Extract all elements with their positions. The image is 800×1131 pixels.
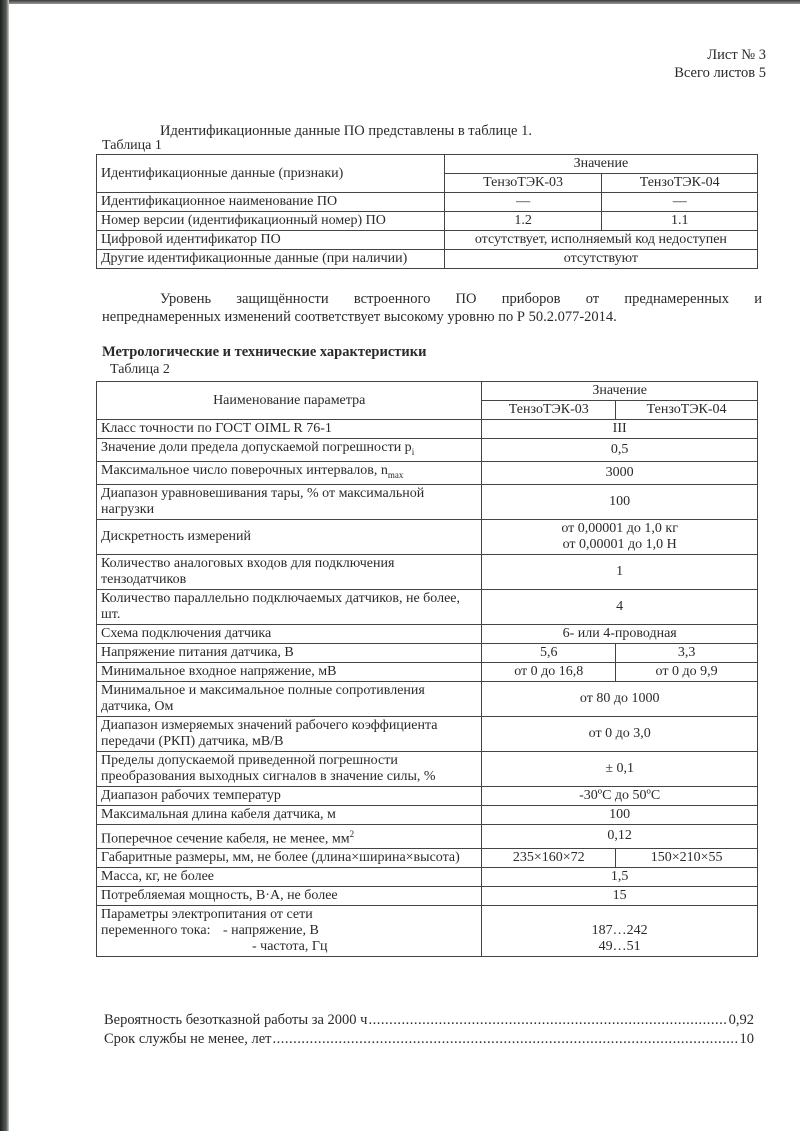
row-value-col1: от 0 до 16,8 xyxy=(482,662,616,681)
row-param-text: Диапазон уравновешивания тары, % от макс… xyxy=(101,486,424,517)
table-row: Диапазон уравновешивания тары, % от макс… xyxy=(97,484,758,519)
row-value-col2: 150×210×55 xyxy=(616,849,758,868)
row-param: Поперечное сечение кабеля, не менее, мм2 xyxy=(97,824,482,849)
power-frequency-label: - частота, Гц xyxy=(101,939,477,955)
row-param: Дискретность измерений xyxy=(97,519,482,554)
row-param: Диапазон уравновешивания тары, % от макс… xyxy=(97,484,482,519)
row-param: Количество аналоговых входов для подключ… xyxy=(97,554,482,589)
t2-body: Класс точности по ГОСТ OIML R 76-1IIIЗна… xyxy=(97,420,758,906)
row-value-merged: от 0 до 3,0 xyxy=(482,716,758,751)
t2-header-col1: ТензоТЭК-03 xyxy=(482,401,616,420)
row-param: Минимальное входное напряжение, мВ xyxy=(97,662,482,681)
protection-paragraph: Уровень защищённости встроенного ПО приб… xyxy=(102,290,762,326)
table2-caption: Таблица 2 xyxy=(110,362,170,378)
table-row: Минимальное входное напряжение, мВот 0 д… xyxy=(97,662,758,681)
table-row: Напряжение питания датчика, В5,63,3 xyxy=(97,643,758,662)
power-title-1: Параметры электропитания от сети xyxy=(101,907,477,923)
row-value-merged: -30ºС до 50ºС xyxy=(482,786,758,805)
t1-header-col1: ТензоТЭК-03 xyxy=(444,174,602,193)
row-value-merged: 0,12 xyxy=(482,824,758,849)
power-voltage-value: 187…242 xyxy=(486,923,753,939)
row-value-merged: 6- или 4-проводная xyxy=(482,624,758,643)
row-param-text: Напряжение питания датчика, В xyxy=(101,645,294,660)
power-title-2: переменного тока: xyxy=(101,923,223,939)
reliability-label: Вероятность безотказной работы за 2000 ч xyxy=(104,1011,367,1030)
power-param: Параметры электропитания от сети перемен… xyxy=(97,906,482,957)
table-row: Схема подключения датчика6- или 4-провод… xyxy=(97,624,758,643)
row-param: Количество параллельно подключаемых датч… xyxy=(97,589,482,624)
row-param-text: Потребляемая мощность, В·А, не более xyxy=(101,888,338,903)
row-param-superscript: 2 xyxy=(350,829,355,839)
intro-text: Идентификационные данные ПО представлены… xyxy=(160,123,532,140)
row-param-text: Диапазон измеряемых значений рабочего ко… xyxy=(101,718,438,749)
table-row: Поперечное сечение кабеля, не менее, мм2… xyxy=(97,824,758,849)
power-voltage-label: - напряжение, В xyxy=(223,923,319,939)
row-value-merged: 1 xyxy=(482,554,758,589)
table-row-power: Параметры электропитания от сети перемен… xyxy=(97,906,758,957)
row-value-merged: 4 xyxy=(482,589,758,624)
table-row: Диапазон измеряемых значений рабочего ко… xyxy=(97,716,758,751)
row-param: Номер версии (идентификационный номер) П… xyxy=(97,212,445,231)
row-param: Потребляемая мощность, В·А, не более xyxy=(97,887,482,906)
row-param: Напряжение питания датчика, В xyxy=(97,643,482,662)
row-param-text: Максимальное число поверочных интервалов… xyxy=(101,463,388,478)
row-param-text: Габаритные размеры, мм, не более (длина×… xyxy=(101,850,460,865)
row-param: Максимальное число поверочных интервалов… xyxy=(97,461,482,484)
table-specifications: Наименование параметра Значение ТензоТЭК… xyxy=(96,381,758,957)
row-param-subscript: i xyxy=(412,447,415,457)
row-param-text: Дискретность измерений xyxy=(101,529,251,544)
row-value-col2: от 0 до 9,9 xyxy=(616,662,758,681)
scan-border-left xyxy=(0,0,9,1131)
table-row: Количество аналоговых входов для подключ… xyxy=(97,554,758,589)
row-param-subscript: max xyxy=(388,470,404,480)
reliability-line: Вероятность безотказной работы за 2000 ч… xyxy=(104,1011,754,1030)
table-row: Цифровой идентификатор ПО отсутствует, и… xyxy=(97,231,758,250)
table-row: Минимальное и максимальное полные сопрот… xyxy=(97,681,758,716)
row-param: Габаритные размеры, мм, не более (длина×… xyxy=(97,849,482,868)
row-value-merged: отсутствуют xyxy=(444,250,757,269)
lifetime-line: Срок службы не менее, лет 10 xyxy=(104,1030,754,1049)
row-value-merged: 0,5 xyxy=(482,439,758,462)
row-param: Пределы допускаемой приведенной погрешно… xyxy=(97,751,482,786)
reliability-value: 0,92 xyxy=(729,1011,754,1030)
row-value-merged: от 80 до 1000 xyxy=(482,681,758,716)
row-value-merged: III xyxy=(482,420,758,439)
table-row: Потребляемая мощность, В·А, не более15 xyxy=(97,887,758,906)
row-value-col2: 1.1 xyxy=(602,212,758,231)
t2-header-param: Наименование параметра xyxy=(97,382,482,420)
row-value-merged: 3000 xyxy=(482,461,758,484)
row-value-line: от 0,00001 до 1,0 Н xyxy=(486,537,753,553)
row-param-text: Диапазон рабочих температур xyxy=(101,788,281,803)
row-param: Класс точности по ГОСТ OIML R 76-1 xyxy=(97,420,482,439)
table-row: Максимальное число поверочных интервалов… xyxy=(97,461,758,484)
row-value-merged: 1,5 xyxy=(482,868,758,887)
table-row: Масса, кг, не более1,5 xyxy=(97,868,758,887)
t1-header-col2: ТензоТЭК-04 xyxy=(602,174,758,193)
row-param: Диапазон измеряемых значений рабочего ко… xyxy=(97,716,482,751)
row-value-merged: 15 xyxy=(482,887,758,906)
row-param-text: Пределы допускаемой приведенной погрешно… xyxy=(101,753,436,784)
leader-dots xyxy=(368,1011,727,1030)
row-param: Масса, кг, не более xyxy=(97,868,482,887)
row-param-text: Масса, кг, не более xyxy=(101,869,214,884)
row-value-merged: от 0,00001 до 1,0 кгот 0,00001 до 1,0 Н xyxy=(482,519,758,554)
row-param-text: Поперечное сечение кабеля, не менее, мм xyxy=(101,831,350,846)
row-param-text: Минимальное и максимальное полные сопрот… xyxy=(101,683,425,714)
table-row: Количество параллельно подключаемых датч… xyxy=(97,589,758,624)
row-param: Диапазон рабочих температур xyxy=(97,786,482,805)
row-value-merged: 100 xyxy=(482,805,758,824)
row-value-col1: 235×160×72 xyxy=(482,849,616,868)
row-param: Значение доли предела допускаемой погреш… xyxy=(97,439,482,462)
table-row: Диапазон рабочих температур-30ºС до 50ºС xyxy=(97,786,758,805)
sheet-total-line: Всего листов 5 xyxy=(674,64,766,82)
scan-border-top xyxy=(0,0,800,4)
lifetime-value: 10 xyxy=(740,1030,755,1049)
row-param-text: Схема подключения датчика xyxy=(101,626,271,641)
protection-line-2: непреднамеренных изменений соответствует… xyxy=(102,309,617,325)
section-title: Метрологические и технические характерис… xyxy=(102,344,426,361)
row-param-text: Класс точности по ГОСТ OIML R 76-1 xyxy=(101,421,332,436)
table-row: Другие идентификационные данные (при нал… xyxy=(97,250,758,269)
row-param: Минимальное и максимальное полные сопрот… xyxy=(97,681,482,716)
row-value-col1: — xyxy=(444,193,602,212)
lifetime-label: Срок службы не менее, лет xyxy=(104,1030,271,1049)
power-values: 187…242 49…51 xyxy=(482,906,758,957)
row-param-text: Значение доли предела допускаемой погреш… xyxy=(101,440,412,455)
row-param: Схема подключения датчика xyxy=(97,624,482,643)
sheet-number-line: Лист № 3 xyxy=(674,46,766,64)
row-param-text: Минимальное входное напряжение, мВ xyxy=(101,664,337,679)
row-param: Идентификационное наименование ПО xyxy=(97,193,445,212)
t2-header-col2: ТензоТЭК-04 xyxy=(616,401,758,420)
row-value-merged: 100 xyxy=(482,484,758,519)
row-value-col2: — xyxy=(602,193,758,212)
row-param: Цифровой идентификатор ПО xyxy=(97,231,445,250)
row-value-col2: 3,3 xyxy=(616,643,758,662)
table-row: Габаритные размеры, мм, не более (длина×… xyxy=(97,849,758,868)
table1-caption: Таблица 1 xyxy=(102,138,162,154)
row-param-text: Количество параллельно подключаемых датч… xyxy=(101,591,460,622)
table-row: Дискретность измеренийот 0,00001 до 1,0 … xyxy=(97,519,758,554)
table-row: Номер версии (идентификационный номер) П… xyxy=(97,212,758,231)
row-param-text: Количество аналоговых входов для подключ… xyxy=(101,556,394,587)
table-row: Максимальная длина кабеля датчика, м100 xyxy=(97,805,758,824)
row-param-text: Максимальная длина кабеля датчика, м xyxy=(101,807,336,822)
row-param: Другие идентификационные данные (при нал… xyxy=(97,250,445,269)
row-value-line: от 0,00001 до 1,0 кг xyxy=(486,521,753,537)
t2-header-value: Значение xyxy=(482,382,758,401)
table-software-identification: Идентификационные данные (признаки) Знач… xyxy=(96,154,758,269)
leader-dots xyxy=(272,1030,738,1049)
footer-lines: Вероятность безотказной работы за 2000 ч… xyxy=(104,1011,754,1049)
table-row: Идентификационное наименование ПО — — xyxy=(97,193,758,212)
power-frequency-value: 49…51 xyxy=(486,939,753,955)
row-value-merged: ± 0,1 xyxy=(482,751,758,786)
row-value-merged: отсутствует, исполняемый код недоступен xyxy=(444,231,757,250)
protection-line-1: Уровень защищённости встроенного ПО приб… xyxy=(102,290,762,308)
sheet-number: Лист № 3 Всего листов 5 xyxy=(674,46,766,82)
t1-header-param: Идентификационные данные (признаки) xyxy=(97,155,445,193)
t1-header-value: Значение xyxy=(444,155,757,174)
table-row: Значение доли предела допускаемой погреш… xyxy=(97,439,758,462)
row-value-col1: 5,6 xyxy=(482,643,616,662)
row-param: Максимальная длина кабеля датчика, м xyxy=(97,805,482,824)
table-row: Пределы допускаемой приведенной погрешно… xyxy=(97,751,758,786)
row-value-col1: 1.2 xyxy=(444,212,602,231)
table-row: Класс точности по ГОСТ OIML R 76-1III xyxy=(97,420,758,439)
